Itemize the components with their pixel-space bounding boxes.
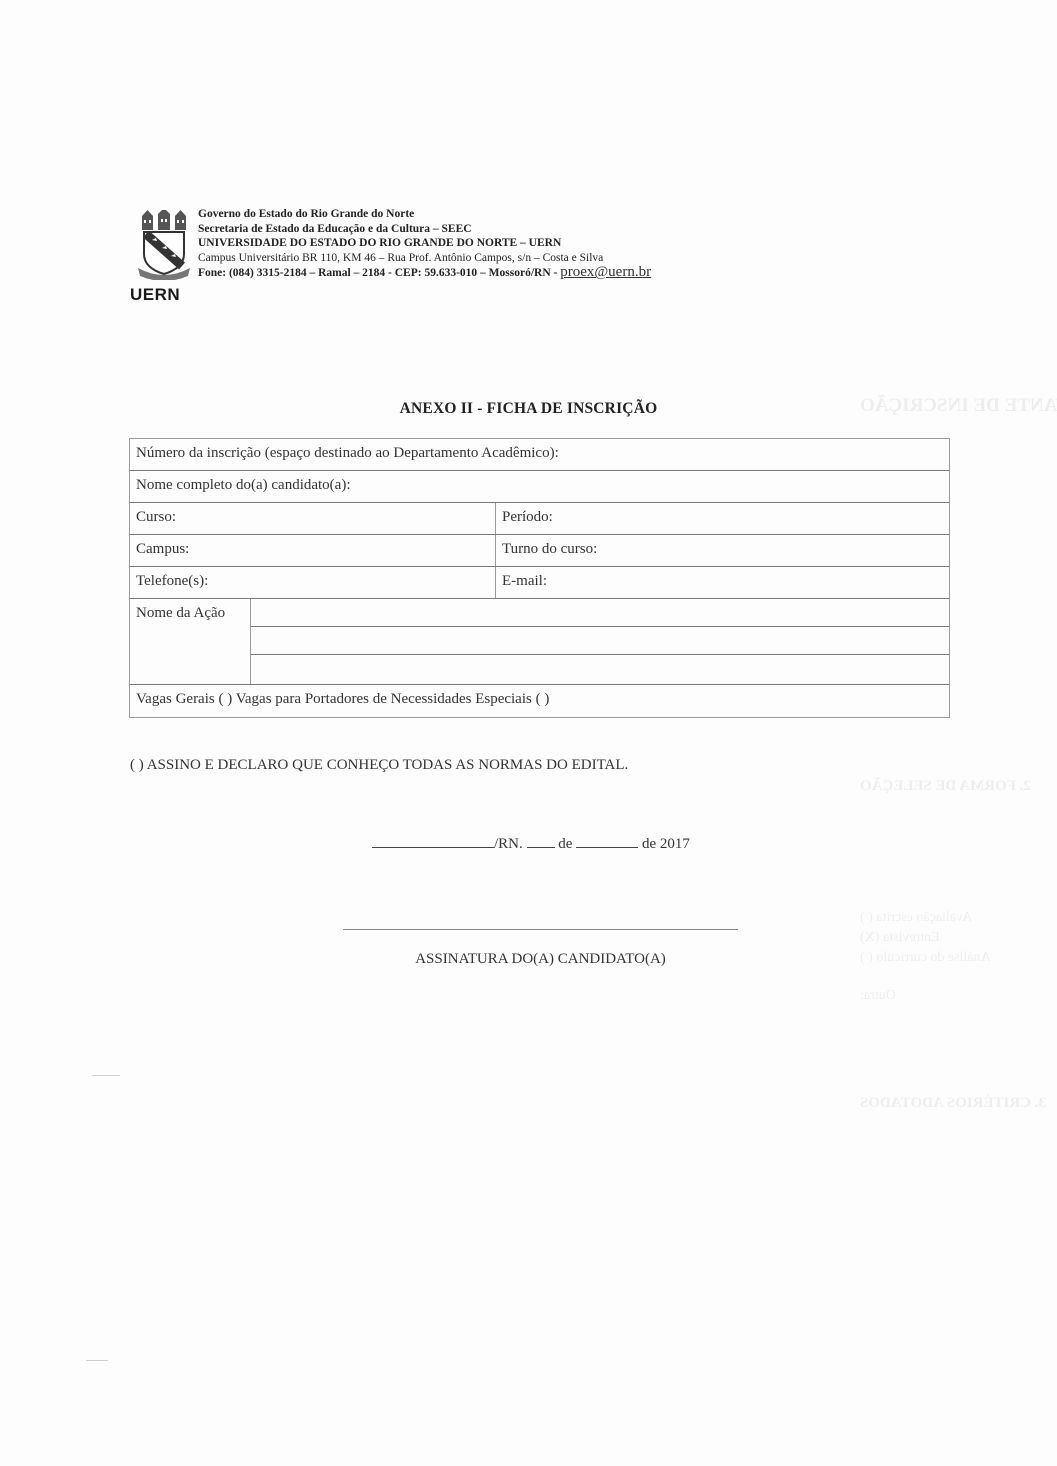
declaration-statement: ( ) ASSINO E DECLARO QUE CONHEÇO TODAS A…	[130, 757, 628, 774]
bleed-through-text: 3. CRITÉRIOS ADOTADOS	[860, 1095, 1046, 1112]
phone-field[interactable]: Telefone(s):	[130, 567, 496, 598]
course-field[interactable]: Curso:	[130, 503, 496, 534]
place-date-line: /RN. de de 2017	[372, 833, 690, 853]
signature-line[interactable]	[343, 929, 738, 930]
month-blank[interactable]	[576, 833, 638, 848]
city-blank[interactable]	[372, 833, 494, 848]
bleed-through-text: 2. FORMA DE SELEÇÃO	[860, 778, 1031, 795]
header-university: UNIVERSIDADE DO ESTADO DO RIO GRANDE DO …	[198, 236, 651, 251]
action-name-lines	[251, 599, 949, 684]
form-title: ANEXO II - FICHA DE INSCRIÇÃO	[0, 400, 1057, 418]
header-contact: Fone: (084) 3315-2184 – Ramal – 2184 - C…	[198, 265, 651, 281]
header-address: Campus Universitário BR 110, KM 46 – Rua…	[198, 251, 651, 266]
declaration-text: ASSINO E DECLARO QUE CONHEÇO TODAS AS NO…	[147, 757, 629, 773]
uern-logo: UERN	[130, 210, 196, 302]
course-label: Curso:	[136, 509, 176, 525]
scan-artifact	[92, 1075, 120, 1076]
bleed-through-text: Avaliação escrita ( )	[860, 910, 972, 926]
header-government: Governo do Estado do Rio Grande do Norte	[198, 207, 651, 222]
signature-label: ASSINATURA DO(A) CANDIDATO(A)	[343, 951, 738, 968]
form-row-registration-number[interactable]: Número da inscrição (espaço destinado ao…	[130, 439, 949, 471]
form-row-course: Curso: Período:	[130, 503, 949, 535]
campus-label: Campus:	[136, 541, 189, 557]
form-row-full-name[interactable]: Nome completo do(a) candidato(a):	[130, 471, 949, 503]
full-name-label: Nome completo do(a) candidato(a):	[130, 471, 949, 502]
header-email-link[interactable]: proex@uern.br	[560, 264, 651, 280]
header-phone-cep: Fone: (084) 3315-2184 – Ramal – 2184 - C…	[198, 267, 560, 279]
period-field[interactable]: Período:	[496, 503, 949, 534]
action-name-line-1[interactable]	[251, 599, 949, 627]
uern-wordmark: UERN	[130, 285, 180, 305]
phone-label: Telefone(s):	[136, 573, 208, 589]
form-row-action-name: Nome da Ação	[130, 599, 949, 685]
form-row-campus: Campus: Turno do curso:	[130, 535, 949, 567]
general-vacancy-checkbox[interactable]: Vagas Gerais ( )	[136, 691, 232, 707]
document-page: 1. COMPROVANTE DE INSCRIÇÃO 2. FORMA DE …	[0, 0, 1057, 1466]
registration-form: Número da inscrição (espaço destinado ao…	[129, 438, 950, 718]
action-name-line-3[interactable]	[251, 655, 949, 683]
declaration-checkbox[interactable]: ( )	[130, 757, 144, 773]
date-de-1: de	[558, 836, 572, 852]
date-year: de 2017	[642, 836, 690, 852]
action-name-label: Nome da Ação	[130, 599, 251, 684]
state-suffix: /RN.	[494, 836, 523, 852]
bleed-through-text: Análise do currículo ( )	[860, 950, 991, 966]
form-row-vacancy-type: Vagas Gerais ( ) Vagas para Portadores d…	[130, 685, 949, 717]
registration-number-label: Número da inscrição (espaço destinado ao…	[130, 439, 949, 470]
action-name-line-2[interactable]	[251, 627, 949, 655]
scan-artifact	[86, 1360, 108, 1361]
day-blank[interactable]	[527, 833, 555, 848]
email-label: E-mail:	[502, 573, 547, 589]
shift-field[interactable]: Turno do curso:	[496, 535, 949, 566]
uern-crest-icon	[138, 210, 190, 280]
campus-field[interactable]: Campus:	[130, 535, 496, 566]
email-field[interactable]: E-mail:	[496, 567, 949, 598]
header-secretariat: Secretaria de Estado da Educação e da Cu…	[198, 222, 651, 237]
letterhead-text: Governo do Estado do Rio Grande do Norte…	[198, 207, 651, 281]
special-needs-vacancy-checkbox[interactable]: Vagas para Portadores de Necessidades Es…	[236, 691, 550, 707]
period-label: Período:	[502, 509, 553, 525]
letterhead: UERN Governo do Estado do Rio Grande do …	[130, 205, 750, 305]
bleed-through-text: Entrevista (X)	[860, 930, 940, 946]
form-row-contact: Telefone(s): E-mail:	[130, 567, 949, 599]
shift-label: Turno do curso:	[502, 541, 597, 557]
bleed-through-text: Outra:	[860, 988, 896, 1004]
